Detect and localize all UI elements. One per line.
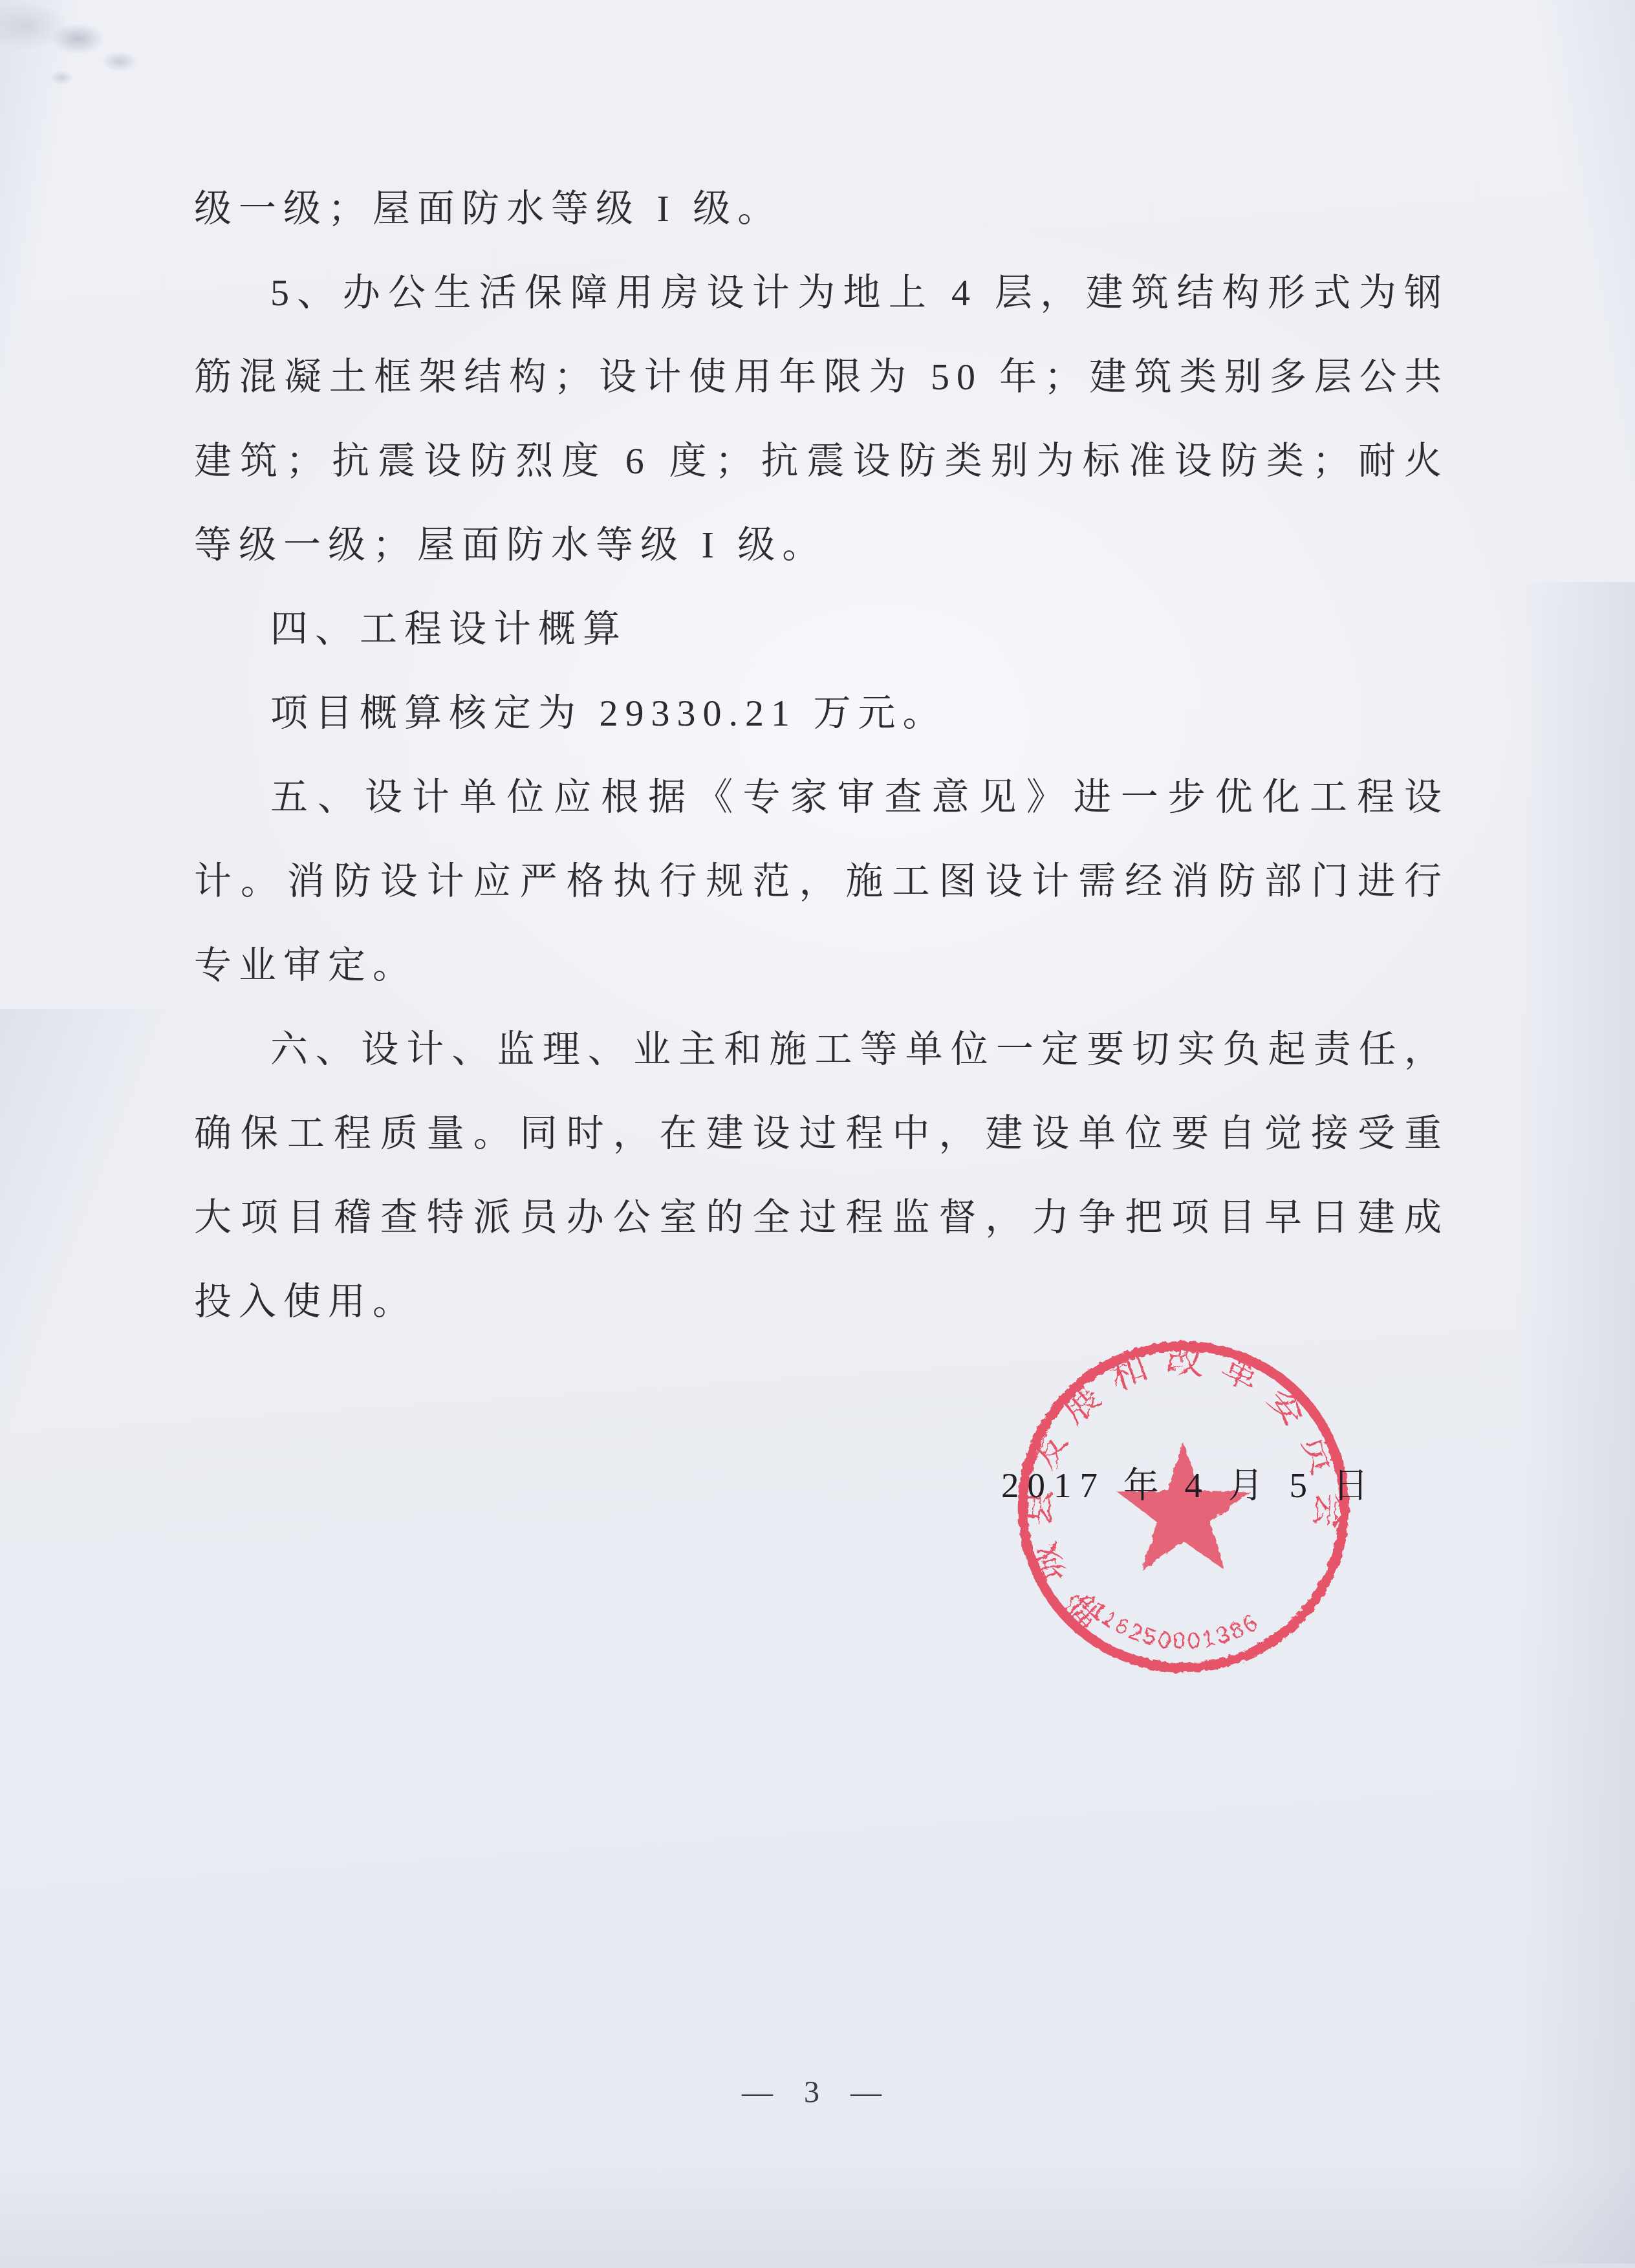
date-text: 2017 年 4 月 5 日 [1001, 1456, 1377, 1507]
document-body: 级一级；屋面防水等级 I 级。 5、办公生活保障用房设计为地上 4 层，建筑结构… [194, 167, 1449, 1344]
body-text-line: 建筑；抗震设防烈度 6 度；抗震设防类别为标准设防类；耐火 [194, 419, 1449, 503]
body-text-line: 级一级；屋面防水等级 I 级。 [194, 167, 1449, 251]
body-text-line: 五、设计单位应根据《专家审查意见》进一步优化工程设 [194, 755, 1449, 839]
body-text-line: 等级一级；屋面防水等级 I 级。 [194, 503, 1449, 587]
body-text-line: 大项目稽查特派员办公室的全过程监督，力争把项目早日建成 [194, 1176, 1449, 1260]
body-text-line: 项目概算核定为 29330.21 万元。 [194, 671, 1449, 755]
body-text-line: 专业审定。 [194, 923, 1449, 1008]
body-text-line: 计。消防设计应严格执行规范，施工图设计需经消防部门进行 [194, 839, 1449, 923]
body-text-line: 筋混凝土框架结构；设计使用年限为 50 年；建筑类别多层公共 [194, 335, 1449, 419]
paper-crease [0, 2139, 1635, 2268]
page-number: — 3 — [0, 2075, 1635, 2110]
body-text-line: 六、设计、监理、业主和施工等单位一定要切实负起责任， [194, 1008, 1449, 1092]
paper-crease [1467, 582, 1635, 2263]
document-page: { "page": { "background_color": "#edeff5… [0, 0, 1635, 2268]
body-text-line: 确保工程质量。同时，在建设过程中，建设单位要自觉接受重 [194, 1092, 1449, 1176]
section-heading: 四、工程设计概算 [194, 587, 1449, 671]
body-text-line: 5、办公生活保障用房设计为地上 4 层，建筑结构形式为钢 [194, 251, 1449, 335]
